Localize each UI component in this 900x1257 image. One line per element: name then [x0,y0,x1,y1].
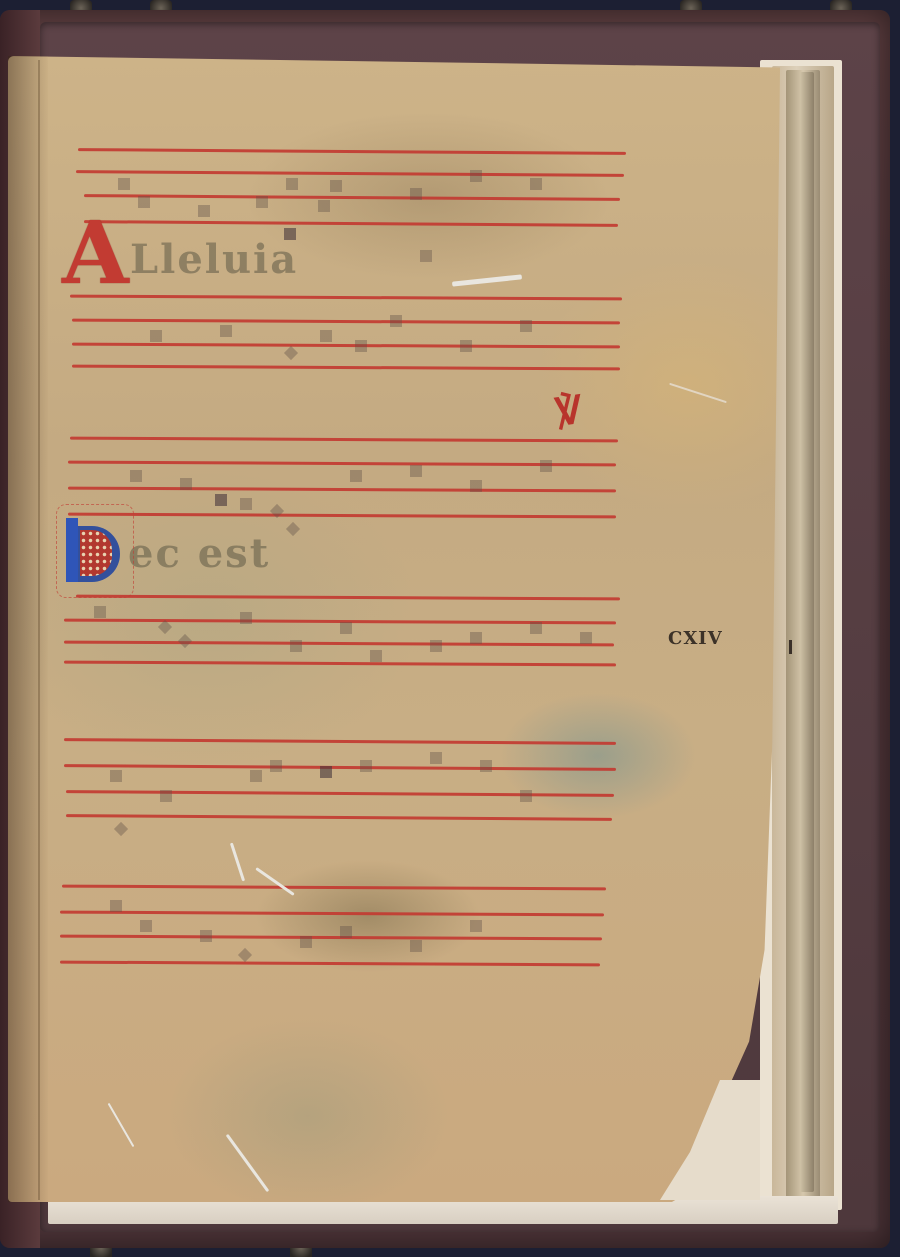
page-gutter [8,56,48,1202]
folio-number: CXIV [668,628,723,649]
initial-h-stem [66,518,78,582]
leaf-edge [800,72,814,1192]
leaf-mark [789,640,792,654]
text-line-3: ec est [128,530,270,577]
initial-a: A [62,208,124,300]
manuscript-photo: Lleluia ec est A ℣ CXIV [0,0,900,1257]
gutter-fold [38,60,40,1200]
text-line-1: Lleluia [130,236,298,283]
initial-h [62,512,128,588]
